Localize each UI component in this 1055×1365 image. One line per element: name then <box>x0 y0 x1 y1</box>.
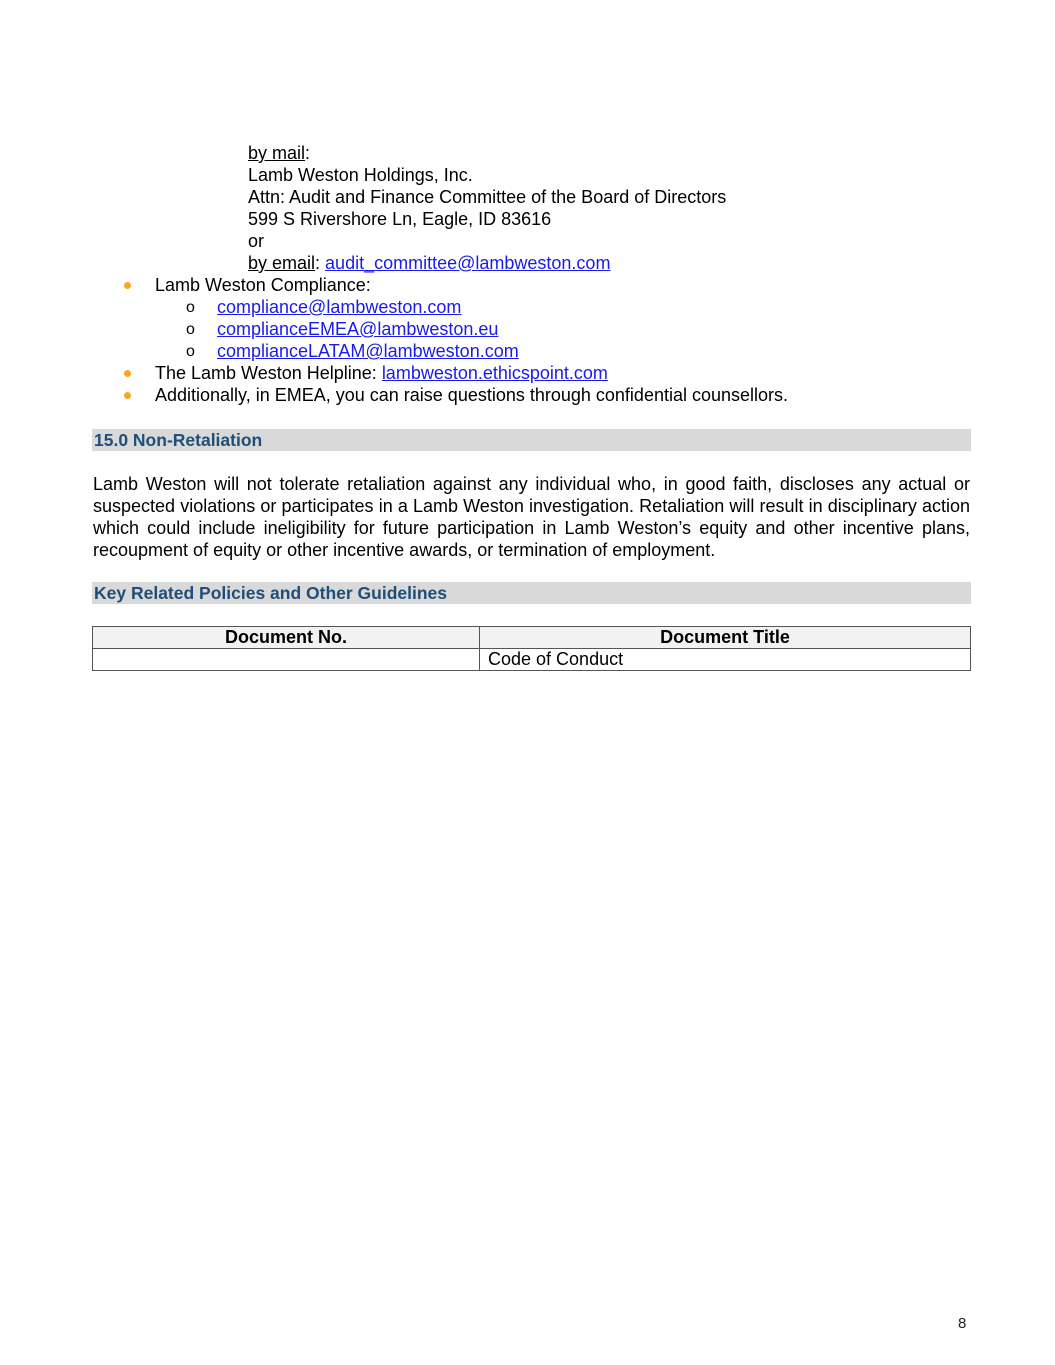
address-company: Lamb Weston Holdings, Inc. <box>248 164 473 186</box>
mail-line: by mail: <box>248 142 310 164</box>
cell-document-title: Code of Conduct <box>480 649 971 671</box>
audit-committee-email-link[interactable]: audit_committee@lambweston.com <box>325 253 610 273</box>
column-header-document-no: Document No. <box>93 627 480 649</box>
related-documents-table: Document No. Document Title Code of Cond… <box>92 626 971 671</box>
email-line: by email: audit_committee@lambweston.com <box>248 252 610 274</box>
bullet-icon <box>124 370 131 377</box>
circle-bullet-icon: o <box>186 297 195 319</box>
compliance-emea-email-link[interactable]: complianceEMEA@lambweston.eu <box>217 319 498 339</box>
table-row: Code of Conduct <box>93 649 971 671</box>
section-heading-related-policies: Key Related Policies and Other Guideline… <box>92 582 971 604</box>
helpline-label: The Lamb Weston Helpline: <box>155 363 377 383</box>
address-attn: Attn: Audit and Finance Committee of the… <box>248 186 726 208</box>
column-header-document-title: Document Title <box>480 627 971 649</box>
compliance-latam-email-link[interactable]: complianceLATAM@lambweston.com <box>217 341 519 361</box>
section-heading-non-retaliation: 15.0 Non-Retaliation <box>92 429 971 451</box>
email-label: by email <box>248 253 315 273</box>
address-or: or <box>248 230 264 252</box>
helpline-line: The Lamb Weston Helpline: lambweston.eth… <box>155 362 608 384</box>
circle-bullet-icon: o <box>186 341 195 363</box>
helpline-link[interactable]: lambweston.ethicspoint.com <box>382 363 608 383</box>
section-title: Key Related Policies and Other Guideline… <box>94 582 447 604</box>
section-title: 15.0 Non-Retaliation <box>94 429 262 451</box>
bullet-icon <box>124 282 131 289</box>
cell-document-no <box>93 649 480 671</box>
circle-bullet-icon: o <box>186 319 195 341</box>
compliance-label: Lamb Weston Compliance: <box>155 274 371 296</box>
non-retaliation-paragraph: Lamb Weston will not tolerate retaliatio… <box>93 473 970 561</box>
mail-label: by mail <box>248 143 305 163</box>
address-street: 599 S Rivershore Ln, Eagle, ID 83616 <box>248 208 551 230</box>
compliance-email-link[interactable]: compliance@lambweston.com <box>217 297 461 317</box>
bullet-icon <box>124 392 131 399</box>
emea-counsellors-text: Additionally, in EMEA, you can raise que… <box>155 384 788 406</box>
page-number: 8 <box>958 1315 966 1332</box>
table-header-row: Document No. Document Title <box>93 627 971 649</box>
